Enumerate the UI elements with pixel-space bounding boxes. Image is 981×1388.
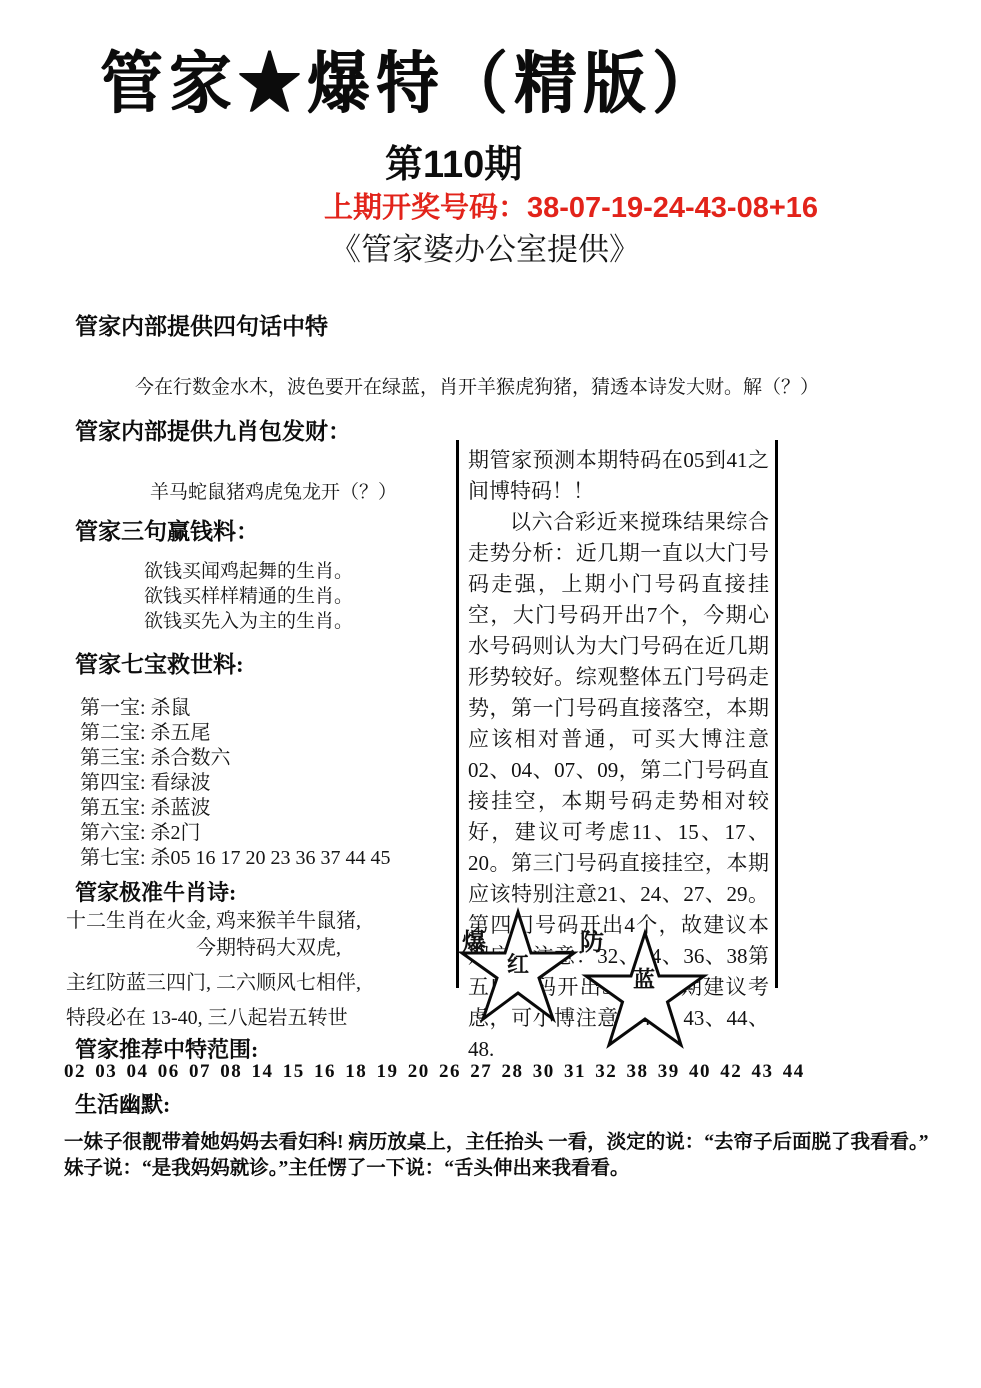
star-left-outer-label: 爆 [462,922,486,957]
three-sentence-line: 欲钱买先入为主的生肖。 [144,606,353,633]
three-sentence-heading: 管家三句赢钱料： [75,513,259,546]
last-draw-numbers: 上期开奖号码：38-07-19-24-43-08+16 [324,185,818,226]
ox-poem-line: 主红防蓝三四门, 二六顺风七相伴, [66,966,361,995]
ox-poem-line: 今期特码大双虎, [196,931,341,960]
seven-treasure-heading: 管家七宝救世料: [75,646,244,679]
humor-line: 妹子说：“是我妈妈就诊。”主任愣了一下说：“舌头伸出来我看看。 [64,1152,630,1180]
nine-zodiac-heading: 管家内部提供九肖包发财： [75,413,351,446]
humor-line: 一妹子很靓带着她妈妈去看妇科! 病历放桌上，主任抬头 一看，淡定的说：“去帘子后… [64,1126,929,1154]
humor-heading: 生活幽默: [75,1088,170,1119]
ox-poem-heading: 管家极准牛肖诗: [75,876,236,907]
star-left-inner-label: 红 [507,948,529,979]
tipsheet-page: 管家★爆特（精版） 第110期 上期开奖号码：38-07-19-24-43-08… [0,0,981,1388]
issue-number: 第110期 [385,133,522,188]
ox-poem-line: 特段必在 13-40, 三八起岩五转世 [66,1001,348,1030]
recommend-heading: 管家推荐中特范围: [75,1033,258,1064]
stars-graphic [455,900,790,1060]
ox-poem-line: 十二生肖在火金, 鸡来猴羊牛鼠猪, [66,904,361,933]
three-sentence-line: 欲钱买样样精通的生肖。 [144,581,353,608]
star-right-outer-label: 防 [580,922,604,957]
provider-line: 《管家婆办公室提供》 [330,224,640,269]
four-sentence-line: 今在行数金水木，波色要开在绿蓝，肖开羊猴虎狗猪，猜透本诗发大财。解（？） [135,372,819,399]
page-title: 管家★爆特（精版） [100,30,721,126]
four-sentence-heading: 管家内部提供四句话中特 [75,308,328,341]
three-sentence-line: 欲钱买闻鸡起舞的生肖。 [144,556,353,583]
recommend-numbers: 02 03 04 06 07 08 14 15 16 18 19 20 26 2… [64,1061,805,1083]
star-right-inner-label: 蓝 [633,963,655,994]
nine-zodiac-line: 羊马蛇鼠猪鸡虎兔龙开（？） [150,477,397,504]
analysis-paragraph-1: 期管家预测本期特码在05到41之间博特码！！ [468,445,769,507]
treasure-item: 第七宝: 杀05 16 17 20 23 36 37 44 45 [80,841,391,870]
